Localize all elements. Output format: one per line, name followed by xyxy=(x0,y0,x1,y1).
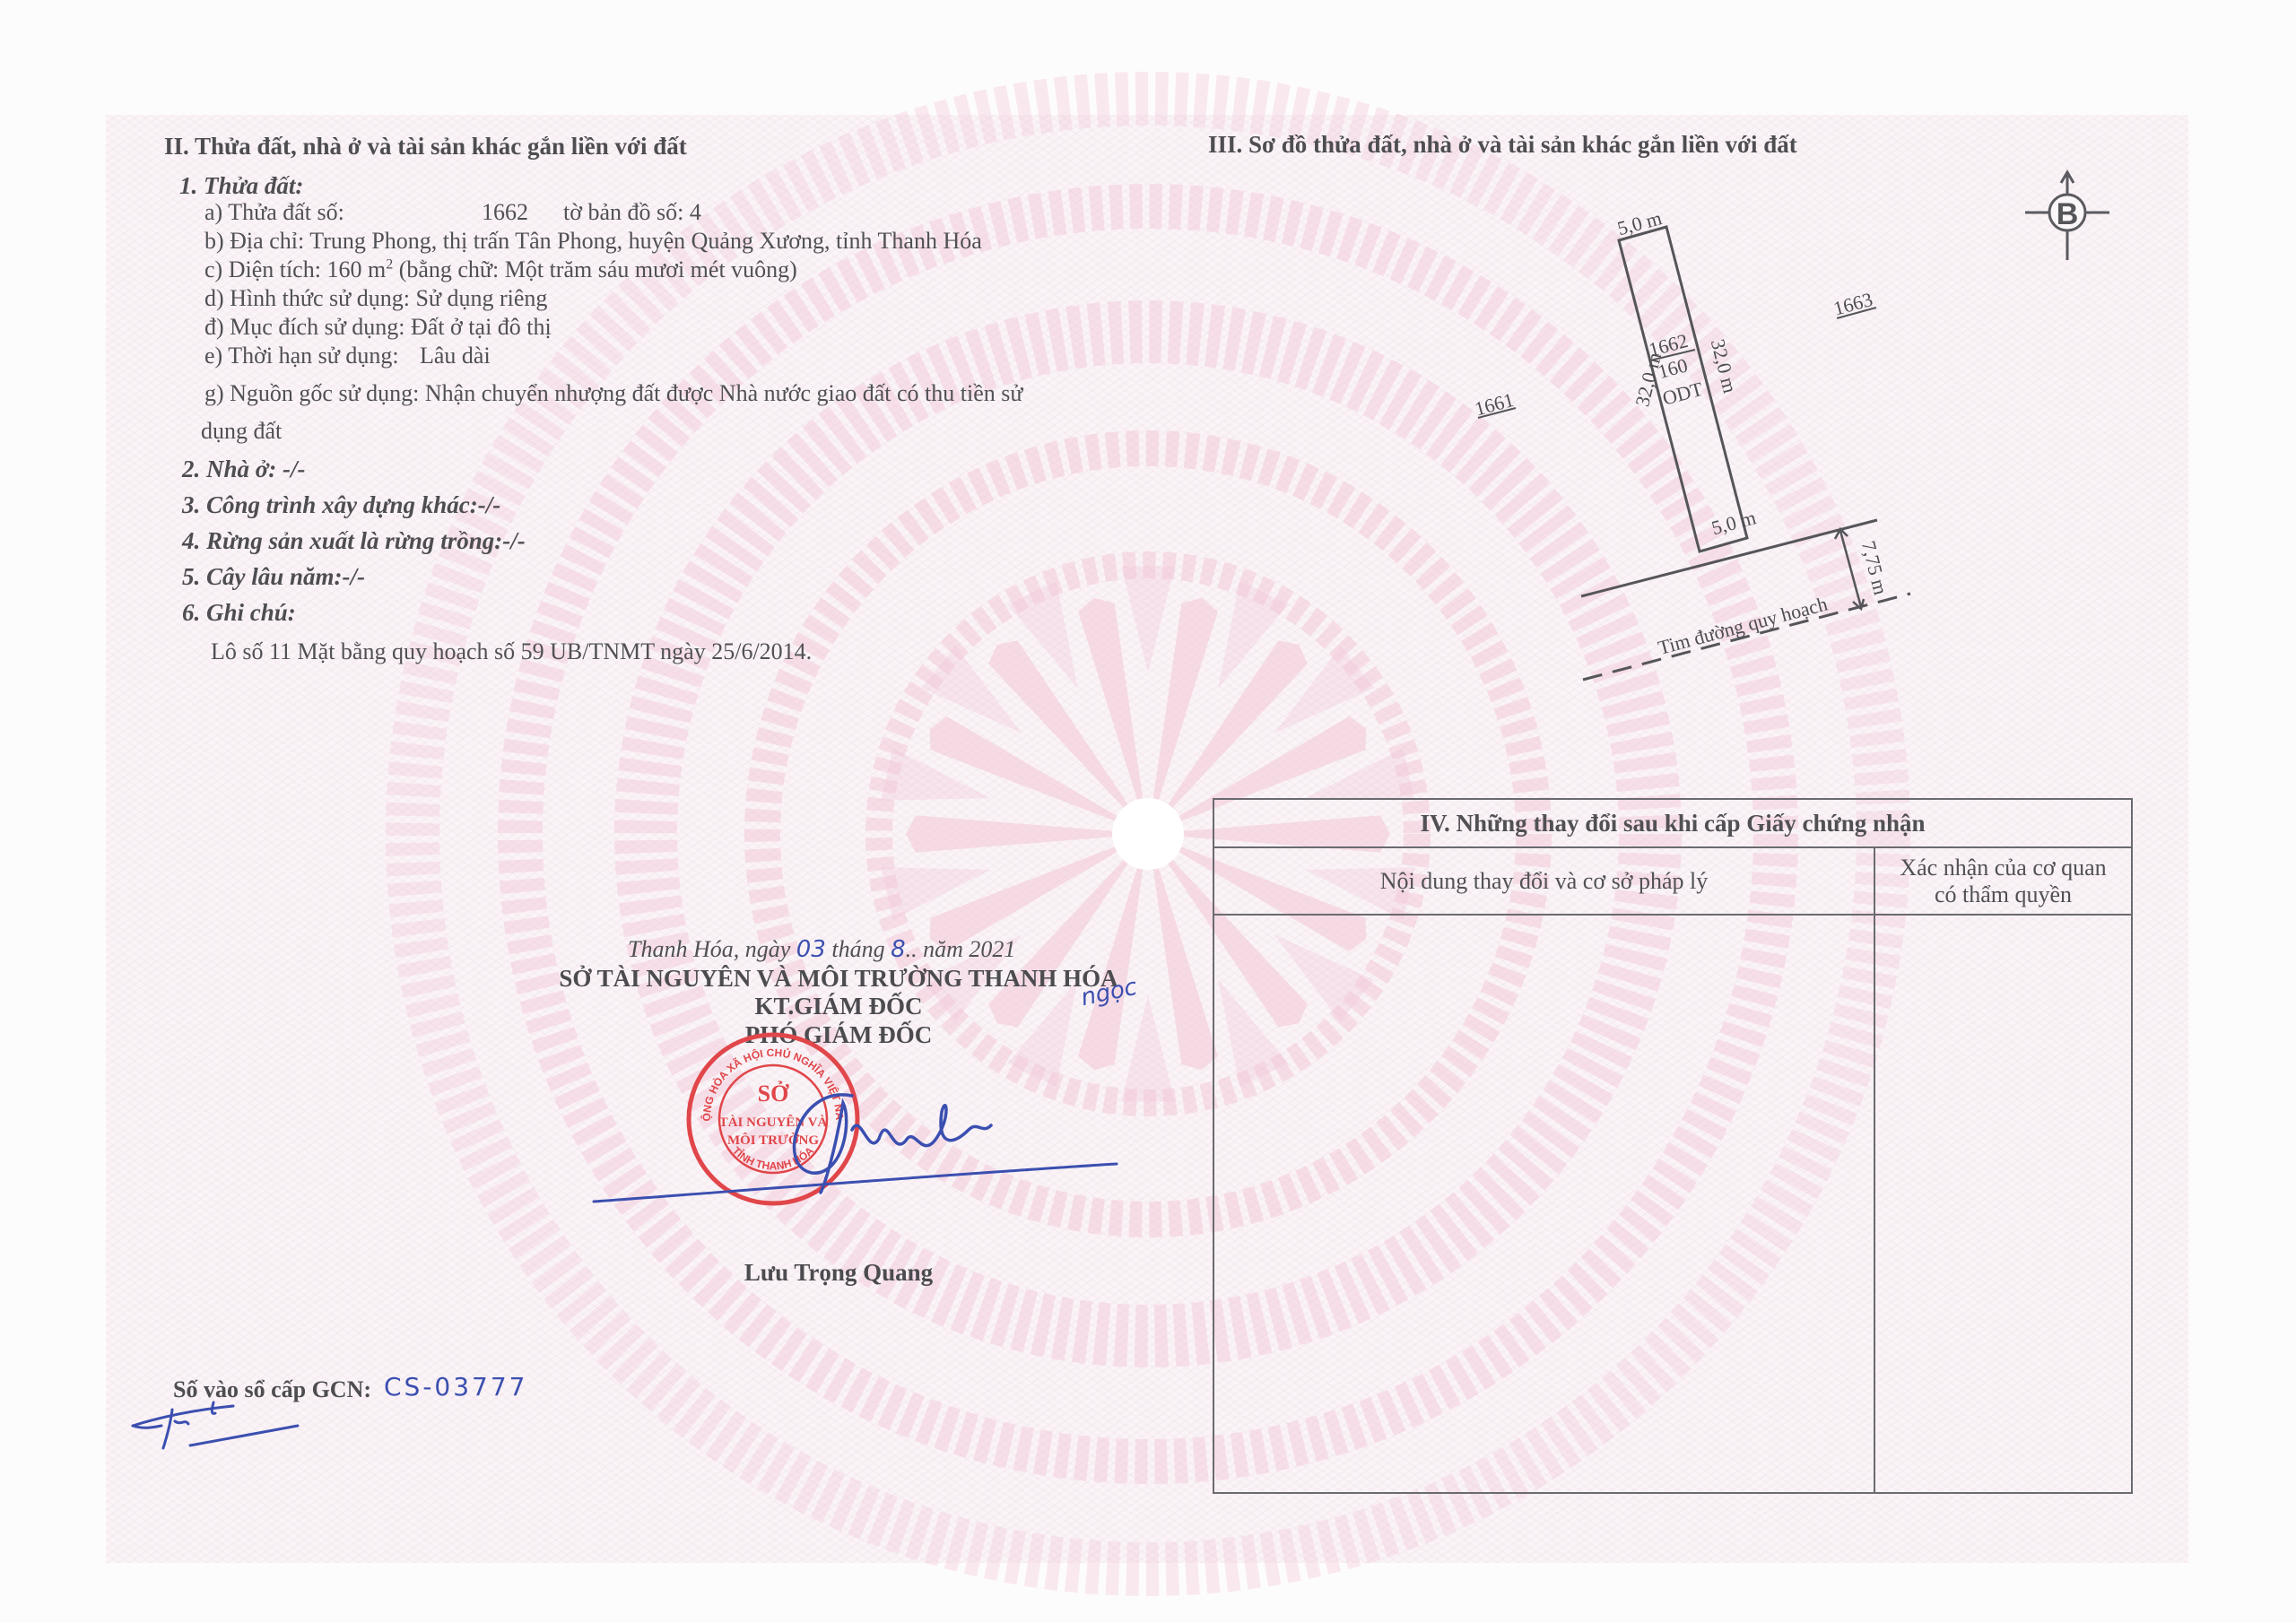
agency-name: SỞ TÀI NGUYÊN VÀ MÔI TRƯỜNG THANH HÓA xyxy=(525,965,1152,993)
handwritten-signature xyxy=(583,1058,1121,1219)
issue-date: Thanh Hóa, ngày 03 tháng 8.. năm 2021 xyxy=(628,936,1015,963)
issue-month: 8 xyxy=(891,936,906,963)
col-authority-confirmation: Xác nhận của cơ quan có thẩm quyền xyxy=(1874,847,2132,915)
bottom-width: 5,0 m xyxy=(1709,506,1759,539)
neighbor-left: 1661 xyxy=(1473,388,1517,421)
on-behalf: KT.GIÁM ĐỐC xyxy=(525,993,1152,1020)
col2-line1: Xác nhận của cơ quan xyxy=(1876,855,2130,881)
col-change-content: Nội dung thay đổi và cơ sở pháp lý xyxy=(1213,847,1874,915)
setback-label: 7,75 m xyxy=(1857,539,1892,597)
signer-name: Lưu Trọng Quang xyxy=(525,1259,1152,1287)
registration-number: CS-03777 xyxy=(384,1372,528,1402)
authority-confirmation-cell[interactable] xyxy=(1874,915,2132,1493)
neighbor-right: 1663 xyxy=(1831,288,1875,320)
compass-letter: B xyxy=(2057,197,2079,231)
month-label: tháng xyxy=(831,936,884,962)
change-content-cell[interactable] xyxy=(1213,915,1874,1493)
issue-day: 03 xyxy=(796,936,826,963)
changes-table-title: IV. Những thay đổi sau khi cấp Giấy chứn… xyxy=(1213,799,2132,847)
right-length: 32,0 m xyxy=(1707,337,1742,395)
date-prefix: Thanh Hóa, ngày xyxy=(628,936,790,962)
setback-dimension xyxy=(1835,529,1864,609)
land-code: ODT xyxy=(1660,378,1706,410)
road-label: Tim đường quy hoạch xyxy=(1656,593,1830,659)
issue-year: năm 2021 xyxy=(923,936,1015,962)
col2-line2: có thẩm quyền xyxy=(1876,881,2130,908)
changes-table: IV. Những thay đổi sau khi cấp Giấy chứn… xyxy=(1213,798,2133,1494)
clerk-initials xyxy=(126,1399,305,1453)
